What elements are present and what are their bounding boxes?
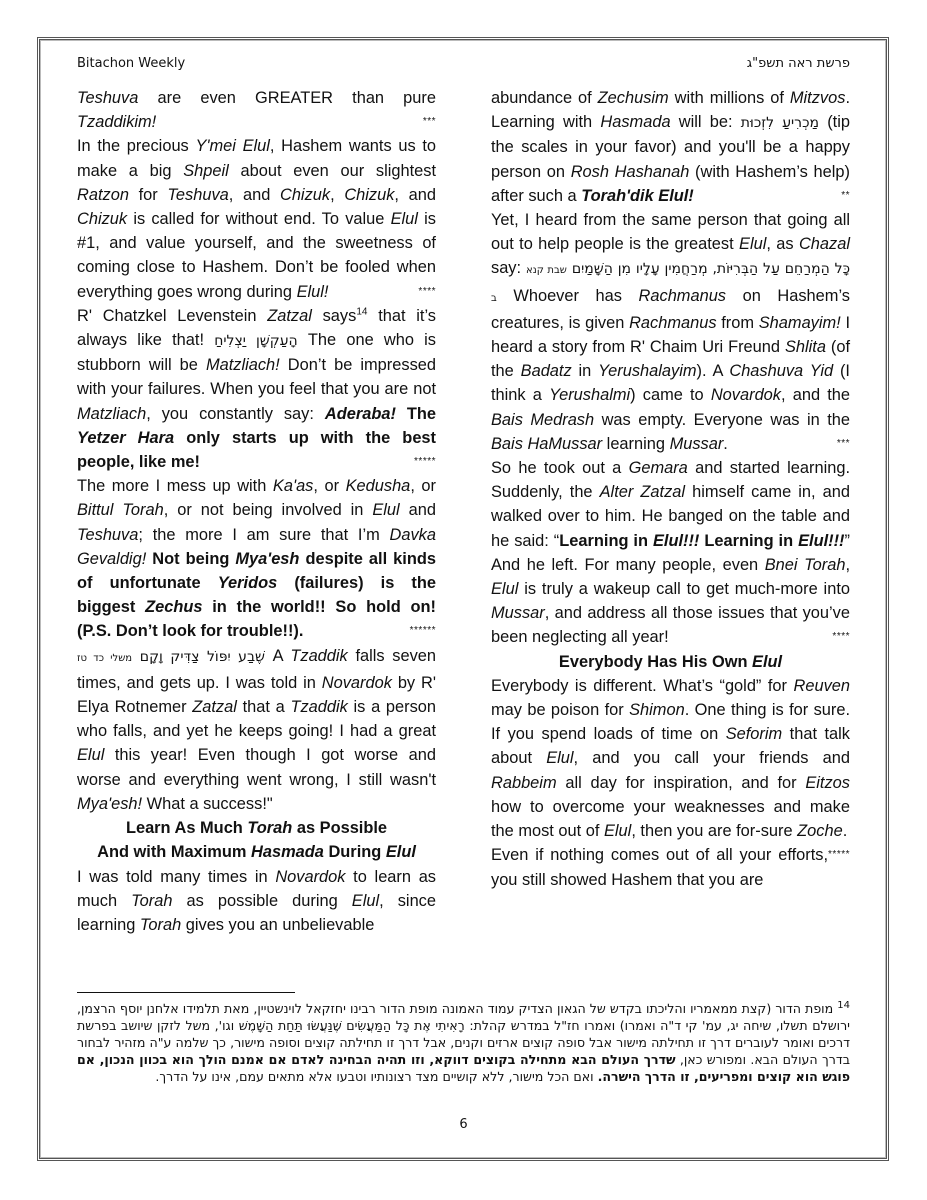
footnote-number: 14: [837, 1000, 850, 1011]
paragraph: R' Chatzkel Levenstein Zatzal says14 tha…: [77, 304, 436, 474]
section-stars: ****: [418, 280, 436, 304]
right-column: abundance of Zechusim with millions of M…: [491, 86, 850, 892]
section-stars: ****: [832, 625, 850, 649]
hebrew-quote: מַכְרִיעַ לִזְכוּת: [741, 115, 819, 131]
section-heading: Learn As Much Torah as PossibleAnd with …: [77, 816, 436, 864]
hebrew-quote: הָעַקְשָׁן יַצְלִיחַ: [214, 333, 297, 349]
footnote-separator: [77, 992, 295, 993]
parsha-title: פרשת ראה תשפ"ג: [747, 56, 850, 71]
page-number: 6: [0, 1117, 927, 1132]
section-stars: *****: [828, 843, 850, 867]
paragraph: Even if nothing comes out of all your ef…: [491, 843, 850, 891]
footnote: 14 מופת הדור (קצת ממאמריו והליכתו בקדש ש…: [77, 1000, 850, 1085]
paragraph: abundance of Zechusim with millions of M…: [491, 86, 850, 208]
section-stars: *****: [414, 450, 436, 474]
paragraph: Yet, I heard from the same person that g…: [491, 208, 850, 456]
hebrew-quote: כָּל הַמְרַחֵם עַל הַבְּרִיּוֹת, מְרַחֲמ…: [572, 261, 850, 277]
section-stars: ***: [423, 110, 436, 134]
section-stars: ***: [837, 432, 850, 456]
hebrew-quote: שֶׁבַע יִפּוֹל צַדִּיק וָקָם: [140, 649, 265, 665]
left-column: Teshuva are even GREATER than pure Tzadd…: [77, 86, 436, 937]
paragraph: In the precious Y'mei Elul, Hashem wants…: [77, 134, 436, 303]
hebrew-source: משלי כד טז: [77, 653, 132, 664]
section-heading: Everybody Has His Own Elul: [491, 650, 850, 674]
paragraph: שֶׁבַע יִפּוֹל צַדִּיק וָקָם משלי כד טז …: [77, 644, 436, 816]
page-header: Bitachon Weekly פרשת ראה תשפ"ג: [77, 56, 850, 78]
section-stars: ******: [410, 619, 436, 643]
paragraph: So he took out a Gemara and started lear…: [491, 456, 850, 650]
section-stars: **: [841, 184, 850, 208]
paragraph: Teshuva are even GREATER than pure Tzadd…: [77, 86, 436, 134]
publication-title: Bitachon Weekly: [77, 56, 185, 71]
paragraph: Everybody is different. What’s “gold” fo…: [491, 674, 850, 843]
footnote-ref[interactable]: 14: [356, 306, 367, 317]
paragraph: I was told many times in Novardok to lea…: [77, 865, 436, 938]
paragraph: The more I mess up with Ka'as, or Kedush…: [77, 474, 436, 643]
